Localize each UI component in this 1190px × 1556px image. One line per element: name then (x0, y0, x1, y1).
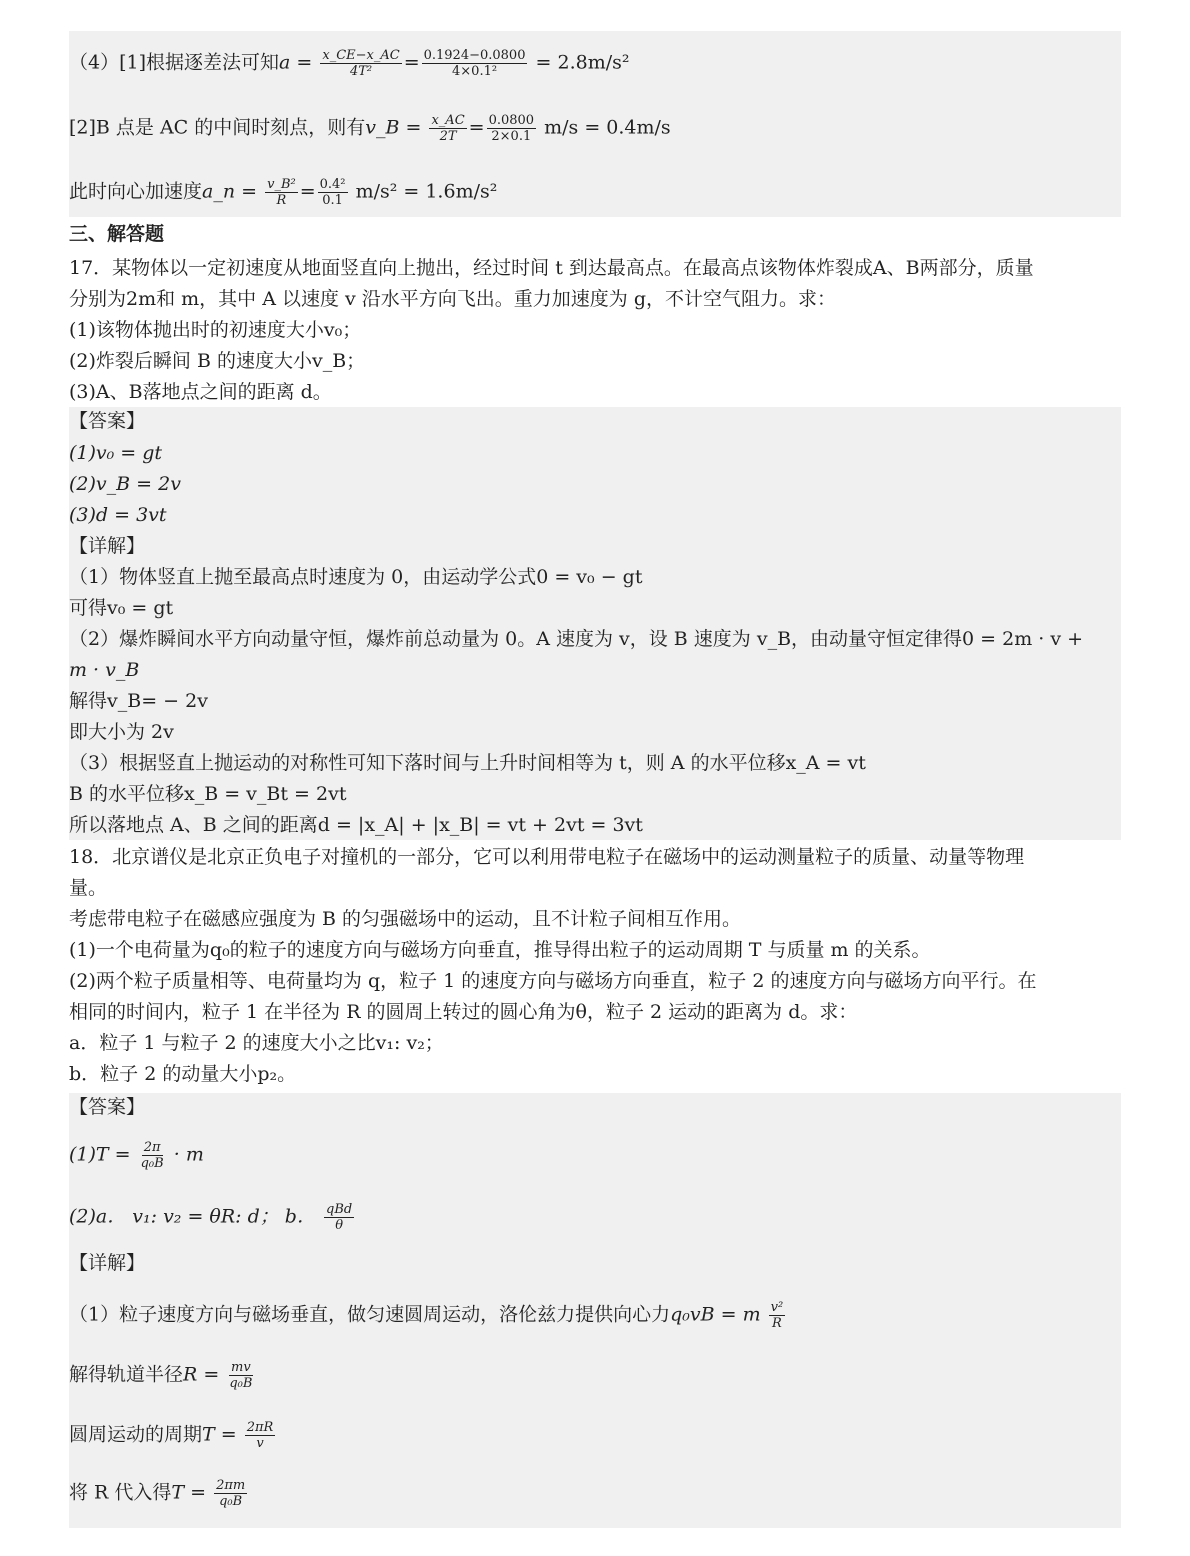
numerator: 2πR (245, 1420, 276, 1436)
q17-detail-line: 即大小为 2v (69, 720, 174, 744)
q17-detail-line: （3）根据竖直上抛运动的对称性可知下落时间与上升时间相等为 t，则 A 的水平位… (69, 751, 866, 775)
math-lhs: T = (171, 1482, 206, 1504)
q18-detail-line-3: 圆周运动的周期T = 2πRv (69, 1420, 277, 1451)
fraction: v_B²R (265, 177, 298, 208)
q17-answer-label: 【答案】 (69, 409, 145, 433)
q18-answer-2: (2)a． v₁: v₂ = θR: d； b． qBdθ (69, 1202, 356, 1233)
text: 将 R 代入得 (69, 1482, 171, 1504)
numerator: 0.4² (318, 177, 348, 193)
q18-sub-question-b: b．粒子 2 的动量大小p₂。 (69, 1062, 296, 1086)
numerator: 2π (142, 1140, 163, 1156)
q17-detail-label: 【详解】 (69, 534, 145, 558)
q18-answer-1: (1)T = 2πq₀B · m (69, 1140, 204, 1171)
text: 此时向心加速度 (69, 181, 202, 203)
fraction: qBdθ (324, 1202, 354, 1233)
denominator: 4×0.1² (450, 64, 499, 79)
q18-sub-question-2-line-1: (2)两个粒子质量相等、电荷量均为 q，粒子 1 的速度方向与磁场方向垂直，粒子… (69, 969, 1036, 993)
q18-detail-line-2: 解得轨道半径R = mvq₀B (69, 1360, 256, 1391)
q17-detail-line: （2）爆炸瞬间水平方向动量守恒，爆炸前总动量为 0。A 速度为 v，设 B 速度… (69, 627, 1083, 651)
q17-answer-box (69, 407, 1121, 840)
q18-detail-line-1: （1）粒子速度方向与磁场垂直，做匀速圆周运动，洛伦兹力提供向心力q₀vB = m… (69, 1300, 787, 1331)
denominator: 2×0.1 (489, 129, 533, 144)
prev-line-3: 此时向心加速度a_n = v_B²R=0.4²0.1 m/s² = 1.6m/s… (69, 177, 497, 208)
fraction: x_CE−x_AC4T² (320, 48, 401, 79)
text: [2] (69, 117, 96, 139)
math-lhs: (1)T = (69, 1144, 131, 1166)
math-lhs: R = (183, 1364, 219, 1386)
fraction: 0.1924−0.08004×0.1² (422, 48, 528, 79)
q17-detail-line: 所以落地点 A、B 之间的距离d = |x_A| + |x_B| = vt + … (69, 813, 643, 837)
q17-detail-line: 解得v_B= − 2v (69, 689, 208, 713)
q18-stem-line-2: 量。 (69, 876, 107, 900)
math-result: m/s = 0.4m/s (544, 117, 671, 139)
q18-detail-line-4: 将 R 代入得T = 2πmq₀B (69, 1478, 249, 1509)
q17-stem-line-1: 17．某物体以一定初速度从地面竖直向上抛出，经过时间 t 到达最高点。在最高点该… (69, 256, 1034, 280)
q18-sub-question-2-line-2: 相同的时间内，粒子 1 在半径为 R 的圆周上转过的圆心角为θ，粒子 2 运动的… (69, 1000, 857, 1024)
fraction: x_AC2T (429, 113, 466, 144)
fraction: 2πmq₀B (214, 1478, 247, 1509)
math-lhs: a = (279, 52, 312, 74)
numerator: x_CE−x_AC (320, 48, 401, 64)
numerator: 0.0800 (487, 113, 537, 129)
q18-answer-label: 【答案】 (69, 1095, 145, 1119)
denominator: 4T² (348, 64, 374, 79)
denominator: v (254, 1436, 265, 1451)
fraction: 0.08002×0.1 (487, 113, 537, 144)
numerator: 0.1924−0.0800 (422, 48, 528, 64)
q17-answer-1: (1)v₀ = gt (69, 441, 162, 465)
denominator: 2T (438, 129, 459, 144)
numerator: v² (769, 1300, 786, 1316)
q17-sub-question-2: (2)炸裂后瞬间 B 的速度大小v_B； (69, 349, 365, 373)
numerator: x_AC (429, 113, 466, 129)
math-lhs: v_B = (365, 117, 421, 139)
fraction: v²R (769, 1300, 786, 1331)
q17-stem-line-2: 分别为2m和 m，其中 A 以速度 v 沿水平方向飞出。重力加速度为 g，不计空… (69, 287, 836, 311)
text: （4）[1]根据逐差法可知 (69, 52, 279, 74)
q18-stem-line-3: 考虑带电粒子在磁感应强度为 B 的匀强磁场中的运动，且不计粒子间相互作用。 (69, 907, 741, 931)
q17-detail-line: （1）物体竖直上抛至最高点时速度为 0，由运动学公式0 = v₀ − gt (69, 565, 642, 589)
q17-answer-2: (2)v_B = 2v (69, 472, 181, 496)
prev-line-1: （4）[1]根据逐差法可知a = x_CE−x_AC4T²=0.1924−0.0… (69, 48, 630, 79)
numerator: 2πm (214, 1478, 247, 1494)
denominator: θ (333, 1218, 345, 1233)
math-result: m/s² = 1.6m/s² (356, 181, 498, 203)
denominator: q₀B (217, 1494, 244, 1509)
q18-sub-question-1: (1)一个电荷量为q₀的粒子的速度方向与磁场方向垂直，推导得出粒子的运动周期 T… (69, 938, 931, 962)
text: （1）粒子速度方向与磁场垂直，做匀速圆周运动，洛伦兹力提供向心力 (69, 1304, 670, 1326)
fraction: mvq₀B (227, 1360, 254, 1391)
equals: = (404, 52, 420, 74)
text: 圆周运动的周期 (69, 1424, 202, 1446)
q17-detail-line: 可得v₀ = gt (69, 596, 173, 620)
fraction: 0.4²0.1 (318, 177, 348, 208)
q17-answer-3: (3)d = 3vt (69, 503, 167, 527)
denominator: R (770, 1316, 784, 1331)
denominator: 0.1 (320, 193, 345, 208)
fraction: 2πq₀B (139, 1140, 166, 1171)
text: B 点是 AC 的中间时刻点，则有 (96, 117, 365, 139)
q18-detail-label: 【详解】 (69, 1251, 145, 1275)
math-lhs: T = (202, 1424, 237, 1446)
denominator: R (275, 193, 289, 208)
denominator: q₀B (227, 1376, 254, 1391)
text: 解得轨道半径 (69, 1364, 183, 1386)
numerator: mv (229, 1360, 253, 1376)
fraction: 2πRv (245, 1420, 276, 1451)
numerator: qBd (324, 1202, 354, 1218)
math-result: = 2.8m/s² (536, 52, 630, 74)
section-title: 三、解答题 (69, 222, 164, 246)
q17-detail-line: m · v_B (69, 658, 139, 682)
q18-sub-question-a: a．粒子 1 与粒子 2 的速度大小之比v₁: v₂； (69, 1031, 444, 1055)
q17-detail-line: B 的水平位移x_B = v_Bt = 2vt (69, 782, 346, 806)
math-lhs: (2)a． v₁: v₂ = θR: d； b． (69, 1206, 316, 1228)
math-suffix: · m (174, 1144, 204, 1166)
q17-sub-question-1: (1)该物体抛出时的初速度大小v₀； (69, 318, 361, 342)
math-lhs: q₀vB = m (670, 1304, 761, 1326)
math-lhs: a_n = (202, 181, 257, 203)
denominator: q₀B (139, 1156, 166, 1171)
prev-line-2: [2]B 点是 AC 的中间时刻点，则有v_B = x_AC2T=0.08002… (69, 113, 671, 144)
q18-stem-line-1: 18．北京谱仪是北京正负电子对撞机的一部分，它可以利用带电粒子在磁场中的运动测量… (69, 845, 1024, 869)
numerator: v_B² (265, 177, 298, 193)
q17-sub-question-3: (3)A、B落地点之间的距离 d。 (69, 380, 332, 404)
